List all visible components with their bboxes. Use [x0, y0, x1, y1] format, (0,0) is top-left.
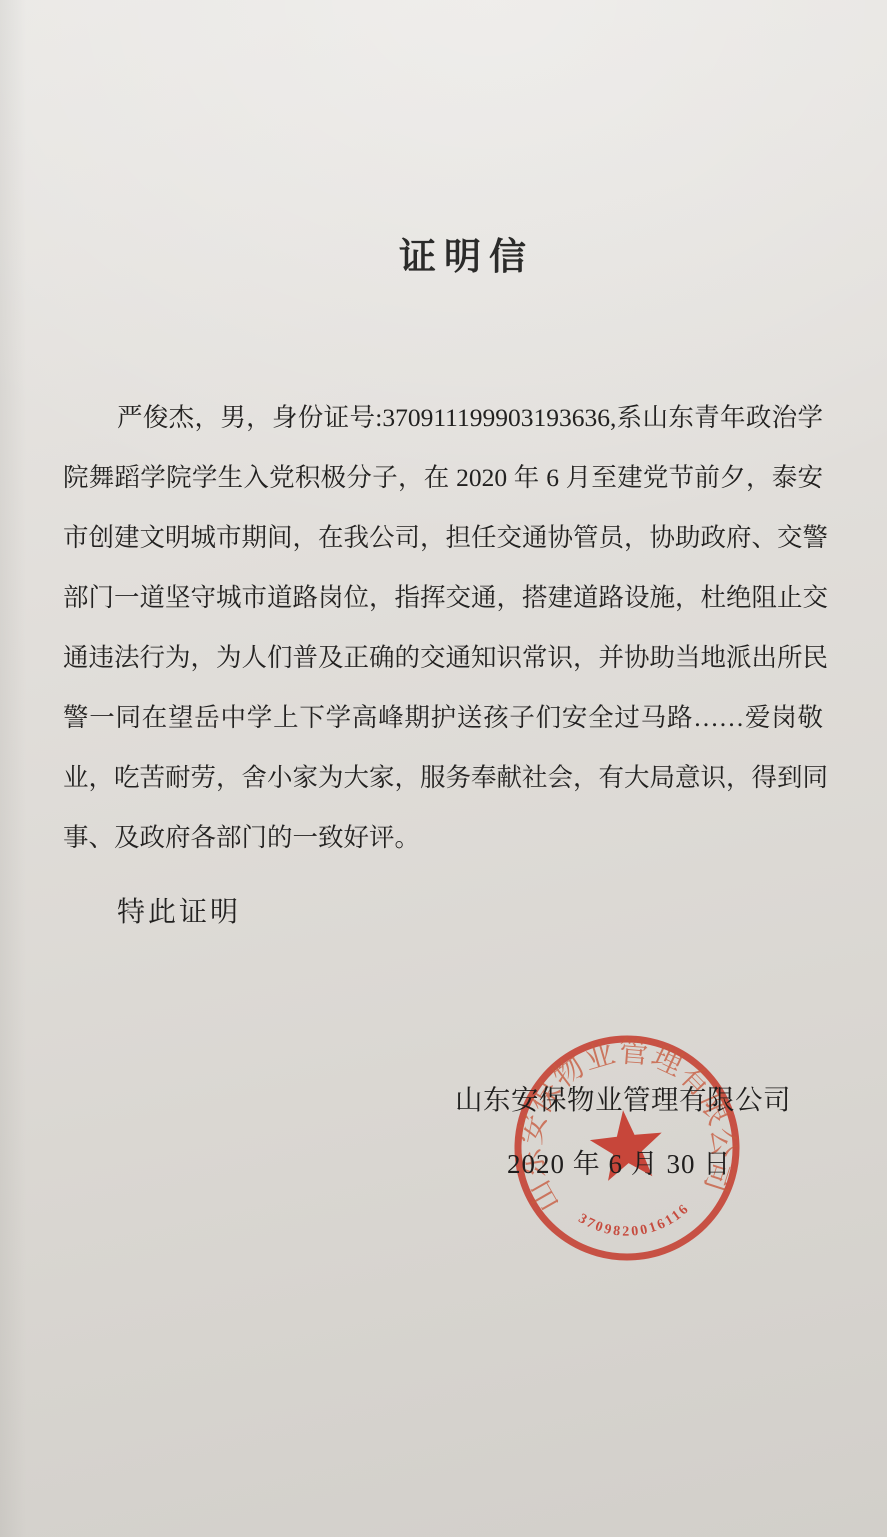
company-name: 山东安保物业管理有限公司 [455, 1077, 791, 1117]
seal-serial-number: 3709820016116 [574, 1200, 695, 1246]
svg-text:3709820016116: 3709820016116 [574, 1200, 695, 1246]
closing-phrase: 特此证明 [117, 890, 241, 930]
body-line: 院舞蹈学院学生入党积极分子，在 2020 年 6 月至建党节前夕，泰安 [63, 448, 823, 508]
document-body: 严俊杰，男，身份证号:370911199903193636,系山东青年政治学 院… [63, 388, 823, 868]
body-line: 部门一道坚守城市道路岗位，指挥交通，搭建道路设施，杜绝阻止交 [63, 568, 823, 628]
body-line: 通违法行为，为人们普及正确的交通知识常识，并协助当地派出所民 [63, 628, 823, 688]
document-page: 证明信 严俊杰，男，身份证号:370911199903193636,系山东青年政… [0, 0, 887, 1537]
body-line: 市创建文明城市期间，在我公司，担任交通协管员，协助政府、交警 [63, 508, 823, 568]
document-title: 证明信 [0, 226, 887, 280]
body-line: 严俊杰，男，身份证号:370911199903193636,系山东青年政治学 [63, 388, 823, 448]
body-line: 警一同在望岳中学上下学高峰期护送孩子们安全过马路……爱岗敬 [63, 688, 823, 748]
issue-date: 2020 年 6 月 30 日 [507, 1142, 731, 1181]
body-line: 事、及政府各部门的一致好评。 [63, 808, 823, 868]
body-line: 业，吃苦耐劳，舍小家为大家，服务奉献社会，有大局意识，得到同 [63, 748, 823, 808]
